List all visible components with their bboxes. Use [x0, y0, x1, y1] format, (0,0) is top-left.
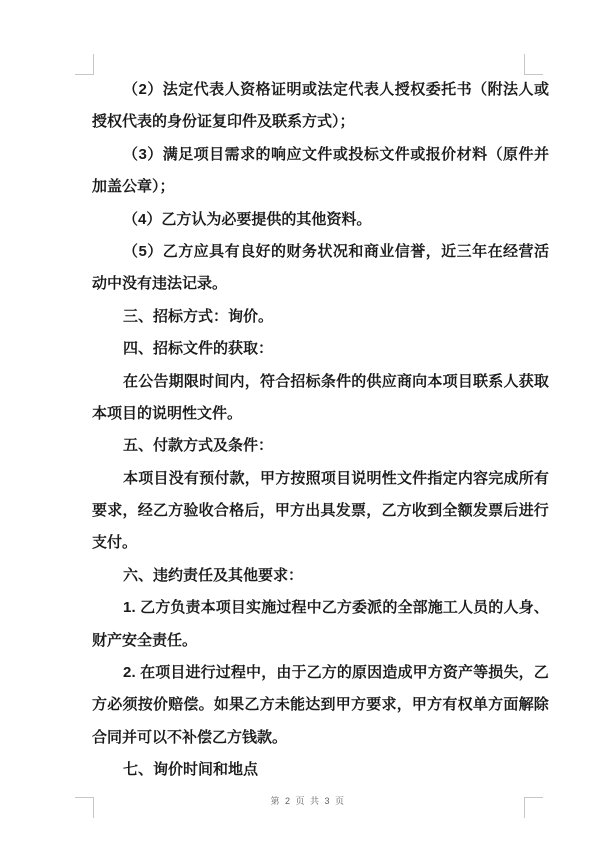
text-line: （5）乙方应具有良好的财务状况和商业信誉，近三年在经营活 [92, 236, 549, 268]
text-line: 在公告期限时间内，符合招标条件的供应商向本项目联系人获取 [92, 366, 549, 398]
document-page: （2）法定代表人资格证明或法定代表人授权委托书（附法人或授权代表的身份证复印件及… [0, 0, 616, 863]
document-body: （2）法定代表人资格证明或法定代表人授权委托书（附法人或授权代表的身份证复印件及… [92, 74, 549, 787]
text-line: 财产安全责任。 [92, 625, 549, 657]
text-line: 方必须按价赔偿。如果乙方未能达到甲方要求，甲方有权单方面解除 [92, 689, 549, 721]
text-line: 加盖公章）； [92, 171, 549, 203]
text-line: 合同并可以不补偿乙方钱款。 [92, 722, 549, 754]
text-line: 2. 在项目进行过程中，由于乙方的原因造成甲方资产等损失，乙 [92, 657, 549, 689]
text-line: 授权代表的身份证复印件及联系方式）； [92, 106, 549, 138]
text-line: 1. 乙方负责本项目实施过程中乙方委派的全部施工人员的人身、 [92, 592, 549, 624]
text-line: （4）乙方认为必要提供的其他资料。 [92, 204, 549, 236]
text-line: （3）满足项目需求的响应文件或投标文件或报价材料（原件并 [92, 139, 549, 171]
crop-mark-top-left-icon [75, 54, 94, 75]
page-number-footer: 第 2 页 共 3 页 [0, 794, 616, 807]
text-line: （2）法定代表人资格证明或法定代表人授权委托书（附法人或 [92, 74, 549, 106]
text-line: 支付。 [92, 527, 549, 559]
text-line: 六、违约责任及其他要求： [92, 560, 549, 592]
text-line: 五、付款方式及条件： [92, 430, 549, 462]
text-line: 三、招标方式：询价。 [92, 301, 549, 333]
text-line: 动中没有违法记录。 [92, 268, 549, 300]
text-line: 本项目的说明性文件。 [92, 398, 549, 430]
text-line: 本项目没有预付款，甲方按照项目说明性文件指定内容完成所有 [92, 463, 549, 495]
crop-mark-top-right-icon [524, 54, 543, 75]
text-line: 七、询价时间和地点 [92, 754, 549, 786]
text-line: 四、招标文件的获取： [92, 333, 549, 365]
text-line: 要求，经乙方验收合格后，甲方出具发票，乙方收到全额发票后进行 [92, 495, 549, 527]
